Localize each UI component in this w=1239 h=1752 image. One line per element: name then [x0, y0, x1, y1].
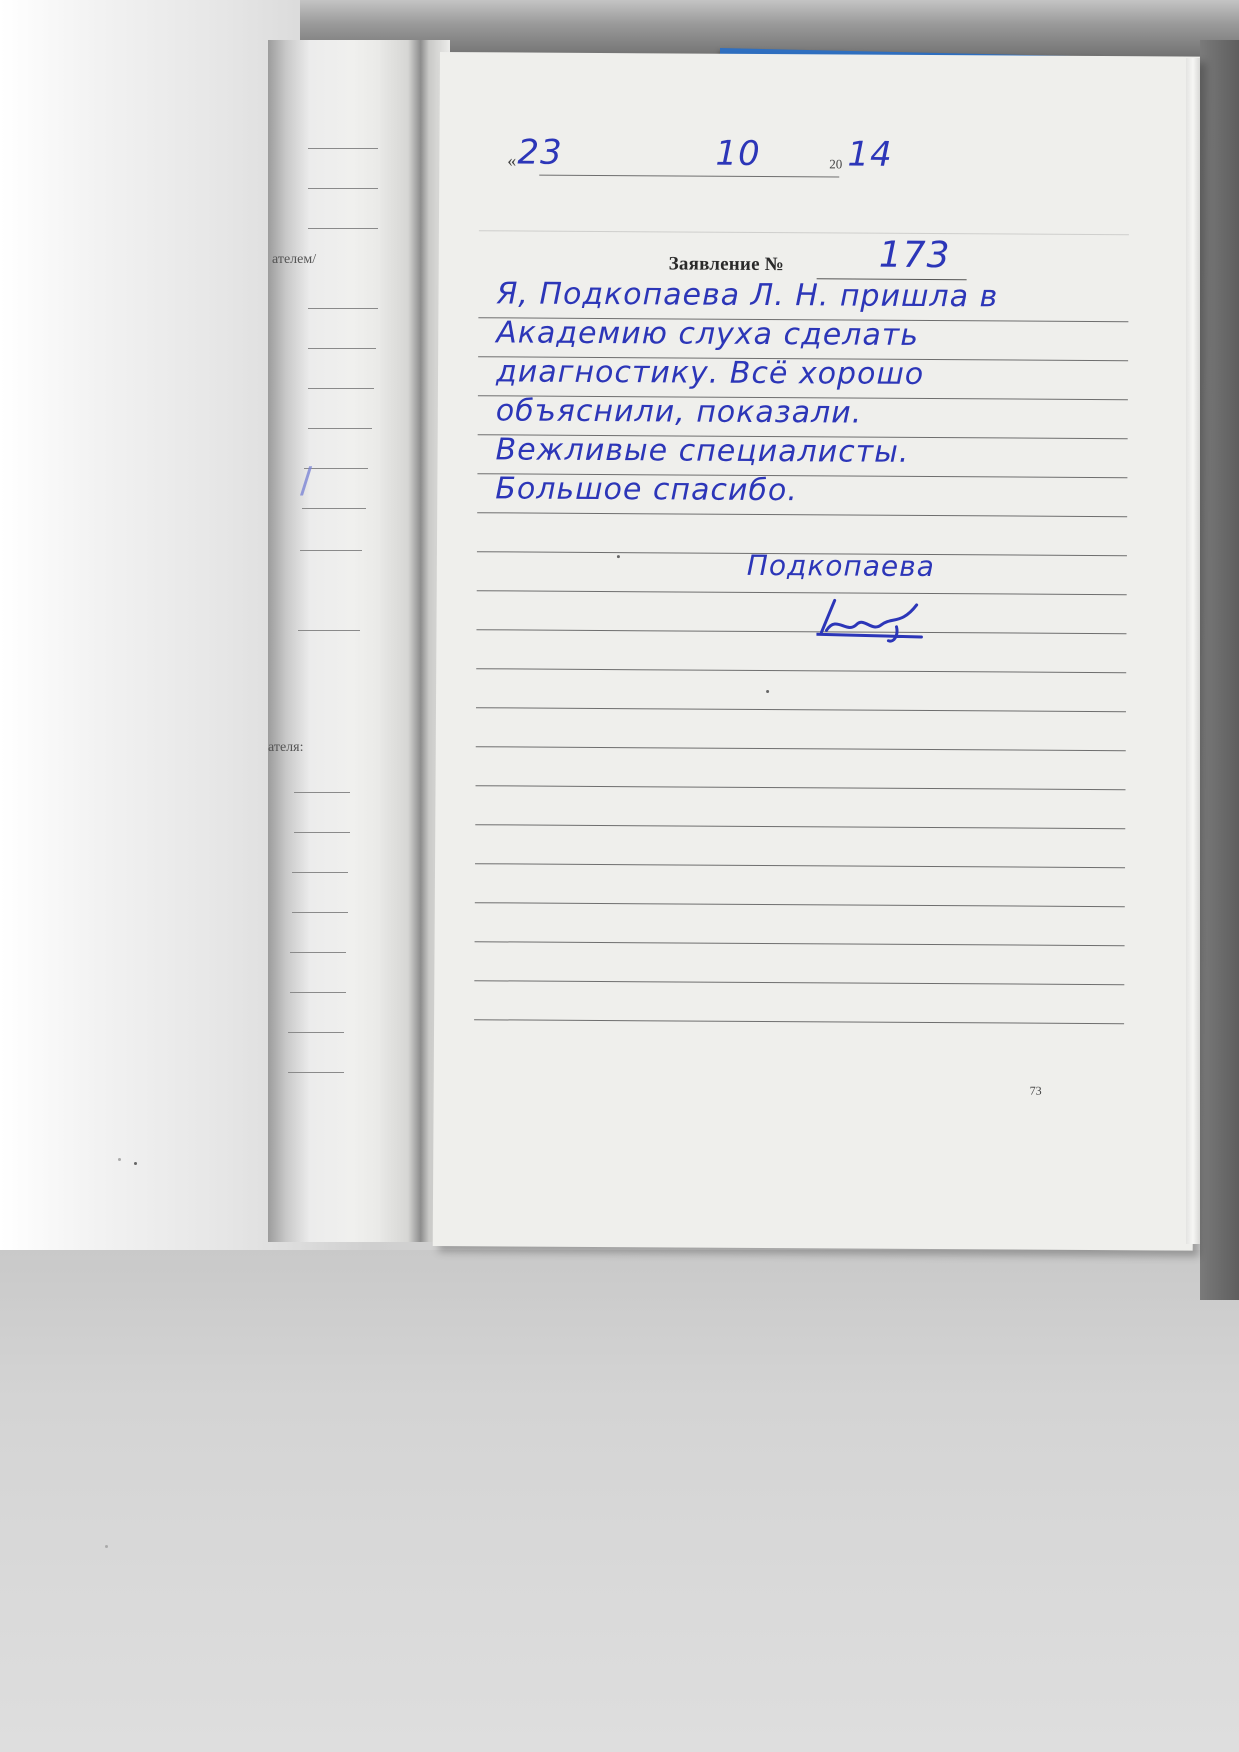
application-body: Я, Подкопаева Л. Н. пришла в Академию сл…	[477, 274, 1178, 512]
rule-line	[476, 746, 1126, 751]
rule-line	[294, 792, 350, 793]
scan-speck	[617, 555, 620, 558]
rule-line	[476, 629, 1126, 634]
scan-speck	[134, 1162, 137, 1165]
left-page-ink-fragment: /	[300, 460, 312, 501]
signature-name: Подкопаева	[747, 549, 935, 583]
rule-line	[477, 590, 1127, 595]
right-page: « 23 10 20 14 Заявление № 173 Я, Подкопа…	[433, 52, 1200, 1251]
date-day: 23	[517, 132, 563, 172]
rule-line	[476, 707, 1126, 712]
application-number: 173	[879, 235, 951, 276]
rule-line	[308, 348, 376, 349]
rule-line	[290, 952, 346, 953]
body-line: Академию слуха сделать	[478, 313, 1178, 356]
rule-line	[308, 388, 374, 389]
page-number: 73	[1030, 1084, 1042, 1099]
date-month: 10	[715, 134, 761, 174]
rule-line	[479, 230, 1129, 235]
title-label: Заявление №	[669, 253, 784, 275]
rule-line	[304, 468, 368, 469]
application-title: Заявление № 173	[669, 253, 784, 276]
rule-line	[300, 550, 362, 551]
scan-speck	[118, 1158, 121, 1161]
rule-line	[292, 872, 348, 873]
rule-line	[475, 902, 1125, 907]
rule-line	[294, 832, 350, 833]
rule-line	[476, 785, 1126, 790]
rule-line	[476, 668, 1126, 673]
body-line: объяснили, показали.	[478, 391, 1178, 434]
rule-line	[292, 912, 348, 913]
body-line: Большое спасибо.	[477, 469, 1177, 512]
rule-line	[308, 228, 378, 229]
rule-line	[475, 863, 1125, 868]
rule-line	[308, 308, 378, 309]
signature-mark	[816, 594, 926, 654]
rule-line	[475, 824, 1125, 829]
left-page: ателем/ / ателя:	[268, 40, 388, 1242]
scan-speck	[766, 690, 769, 693]
rule-line	[298, 630, 360, 631]
scan-speck	[105, 1545, 108, 1548]
rule-line	[474, 980, 1124, 985]
left-page-printed-fragment: ателя:	[268, 740, 304, 756]
scanner-background	[0, 1250, 1239, 1752]
body-line: диагностику. Всё хорошо	[478, 352, 1178, 395]
date-quote-mark: «	[507, 150, 516, 171]
page-stack-edge	[1186, 58, 1200, 1244]
rule-line	[288, 1032, 344, 1033]
signature-scribble-icon	[816, 594, 926, 645]
date-year: 14	[847, 134, 893, 174]
left-page-printed-fragment: ателем/	[272, 252, 316, 268]
rule-line	[308, 428, 372, 429]
scanner-edge-shadow	[1200, 40, 1239, 1300]
rule-line	[475, 941, 1125, 946]
rule-line	[290, 992, 346, 993]
date-field: « 23 10 20 14	[499, 132, 1059, 195]
rule-line	[302, 508, 366, 509]
date-year-prefix: 20	[829, 156, 842, 172]
rule-line	[308, 188, 378, 189]
body-line: Я, Подкопаева Л. Н. пришла в	[478, 274, 1178, 317]
rule-line	[288, 1072, 344, 1073]
rule-line	[308, 148, 378, 149]
body-line: Вежливые специалисты.	[477, 430, 1177, 473]
rule-line	[477, 512, 1127, 517]
rule-line	[474, 1019, 1124, 1024]
